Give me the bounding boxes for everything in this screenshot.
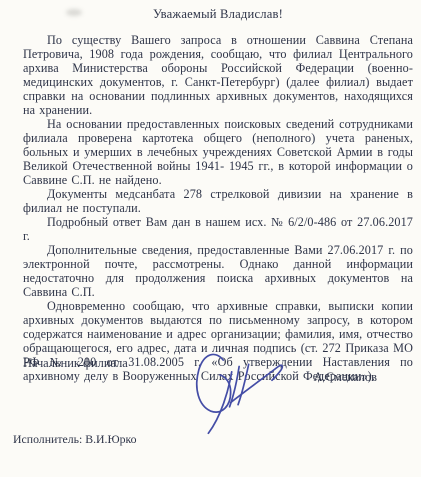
- handwritten-signature-icon: [183, 340, 291, 446]
- paragraph-additional-info: Дополнительные сведения, предоставленные…: [23, 243, 413, 299]
- letter-body: По существу Вашего запроса в отношении С…: [23, 33, 413, 383]
- signer-name: А.Смекалов: [314, 370, 377, 384]
- salutation-heading: Уважаемый Владислав!: [23, 7, 413, 21]
- scanned-letter-page: Уважаемый Владислав! По существу Вашего …: [0, 0, 421, 477]
- executor-line: Исполнитель: В.И.Юрко: [13, 432, 137, 446]
- signer-position-title: Начальник филиала: [23, 356, 128, 370]
- paragraph-medsanbat-documents: Документы медсанбата 278 стрелковой диви…: [23, 187, 413, 215]
- paragraph-detailed-reply-ref: Подробный ответ Вам дан в нашем исх. № 6…: [23, 215, 413, 243]
- paragraph-card-index-check: На основании предоставленных поисковых с…: [23, 117, 413, 187]
- paragraph-request-subject: По существу Вашего запроса в отношении С…: [23, 33, 413, 117]
